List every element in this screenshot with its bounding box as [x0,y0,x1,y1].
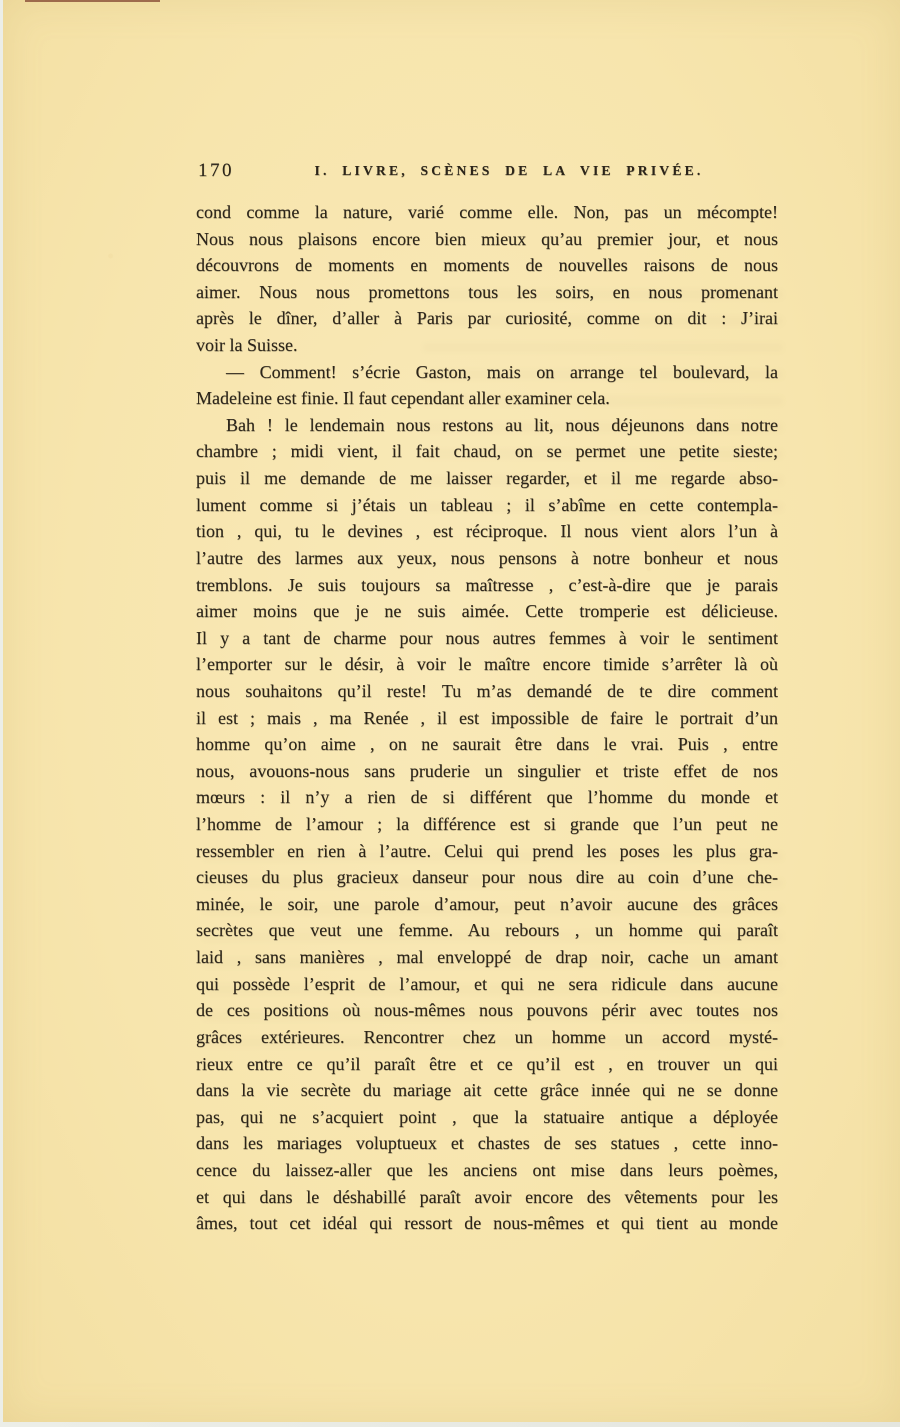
text-line: l’autre des larmes aux yeux, nous penson… [196,545,778,572]
text-line: Bah ! le lendemain nous restons au lit, … [196,412,778,439]
text-line: il est ; mais , ma Renée , il est imposs… [196,705,778,732]
text-line: âmes, tout cet idéal qui ressort de nous… [196,1210,778,1237]
page-content: 170 I. LIVRE, SCÈNES DE LA VIE PRIVÉE. c… [196,160,778,1237]
text-line: découvrons de moments en moments de nouv… [196,252,778,279]
text-line: tremblons. Je suis toujours sa maîtresse… [196,572,778,599]
text-line: puis il me demande de me laisser regarde… [196,465,778,492]
text-block: cond comme la nature, varié comme elle. … [196,199,778,1237]
text-line: dans les mariages voluptueux et chastes … [196,1130,778,1157]
text-line: grâces extérieures. Rencontrer chez un h… [196,1024,778,1051]
text-line: Madeleine est finie. Il faut cependant a… [196,385,778,412]
text-line: rieux entre ce qu’il paraît être et ce q… [196,1051,778,1078]
paragraph: — Comment! s’écrie Gaston, mais on arran… [196,359,778,412]
text-line: Il y a tant de charme pour nous autres f… [196,625,778,652]
running-title: I. LIVRE, SCÈNES DE LA VIE PRIVÉE. [218,163,800,179]
text-line: — Comment! s’écrie Gaston, mais on arran… [196,359,778,386]
text-line: chambre ; midi vient, il fait chaud, on … [196,438,778,465]
running-header: 170 I. LIVRE, SCÈNES DE LA VIE PRIVÉE. [196,160,778,186]
text-line: aimer. Nous nous promettons tous les soi… [196,279,778,306]
text-line: dans la vie secrète du mariage ait cette… [196,1077,778,1104]
paragraph: Bah ! le lendemain nous restons au lit, … [196,412,778,1237]
text-line: Nous nous plaisons encore bien mieux qu’… [196,226,778,253]
text-line: ressembler en rien à l’autre. Celui qui … [196,838,778,865]
scan-edge-artifact [25,0,160,2]
paragraph: cond comme la nature, varié comme elle. … [196,199,778,359]
text-line: minée, le soir, une parole d’amour, peut… [196,891,778,918]
text-line: qui possède l’esprit de l’amour, et qui … [196,971,778,998]
text-line: et qui dans le déshabillé paraît avoir e… [196,1184,778,1211]
text-line: lument comme si j’étais un tableau ; il … [196,492,778,519]
text-line: secrètes que veut une femme. Au rebours … [196,917,778,944]
text-line: nous souhaitons qu’il reste! Tu m’as dem… [196,678,778,705]
text-line: cieuses du plus gracieux danseur pour no… [196,864,778,891]
text-line: cond comme la nature, varié comme elle. … [196,199,778,226]
text-line: l’emporter sur le désir, à voir le maîtr… [196,651,778,678]
text-line: pas, qui ne s’acquiert point , que la st… [196,1104,778,1131]
text-line: de ces positions où nous-mêmes nous pouv… [196,997,778,1024]
paper-surface: 170 I. LIVRE, SCÈNES DE LA VIE PRIVÉE. c… [3,0,900,1422]
scanned-book-page: 170 I. LIVRE, SCÈNES DE LA VIE PRIVÉE. c… [0,0,900,1427]
text-line: après le dîner, d’aller à Paris par curi… [196,305,778,332]
text-line: tion , qui, tu le devines , est réciproq… [196,518,778,545]
text-line: voir la Suisse. [196,332,778,359]
text-line: l’homme de l’amour ; la différence est s… [196,811,778,838]
text-line: laid , sans manières , mal enveloppé de … [196,944,778,971]
text-line: nous, avouons-nous sans pruderie un sing… [196,758,778,785]
text-line: aimer moins que je ne suis aimée. Cette … [196,598,778,625]
text-line: mœurs : il n’y a rien de si différent qu… [196,784,778,811]
text-line: homme qu’on aime , on ne saurait être da… [196,731,778,758]
text-line: cence du laissez-aller que les anciens o… [196,1157,778,1184]
